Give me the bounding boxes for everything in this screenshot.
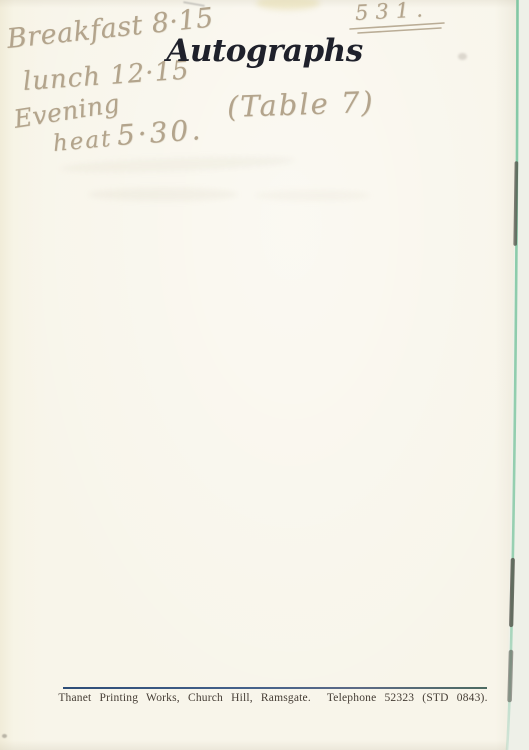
page-top-edge-shading — [0, 0, 529, 8]
handwritten-note-evening-time: 5·30. — [116, 113, 204, 152]
showthrough-ghost-text — [60, 154, 295, 175]
autograph-book-page: Breakfast 8·15 lunch 12·15 Evening heat … — [0, 0, 529, 750]
handwritten-page-number: 531. — [354, 0, 430, 25]
showthrough-ghost-text — [88, 188, 238, 201]
page-title: Autographs — [0, 33, 529, 69]
page-right-edge-shadow — [495, 0, 521, 750]
handwritten-note-heat: heat — [52, 126, 113, 157]
printer-imprint: Thanet Printing Works, Church Hill, Rams… — [17, 692, 529, 704]
paper-speck — [2, 734, 7, 738]
showthrough-ghost-text — [255, 190, 370, 201]
footer-rule — [63, 687, 487, 689]
handwritten-note-table: (Table 7) — [226, 85, 375, 124]
page-bottom-edge-shading — [0, 740, 529, 750]
